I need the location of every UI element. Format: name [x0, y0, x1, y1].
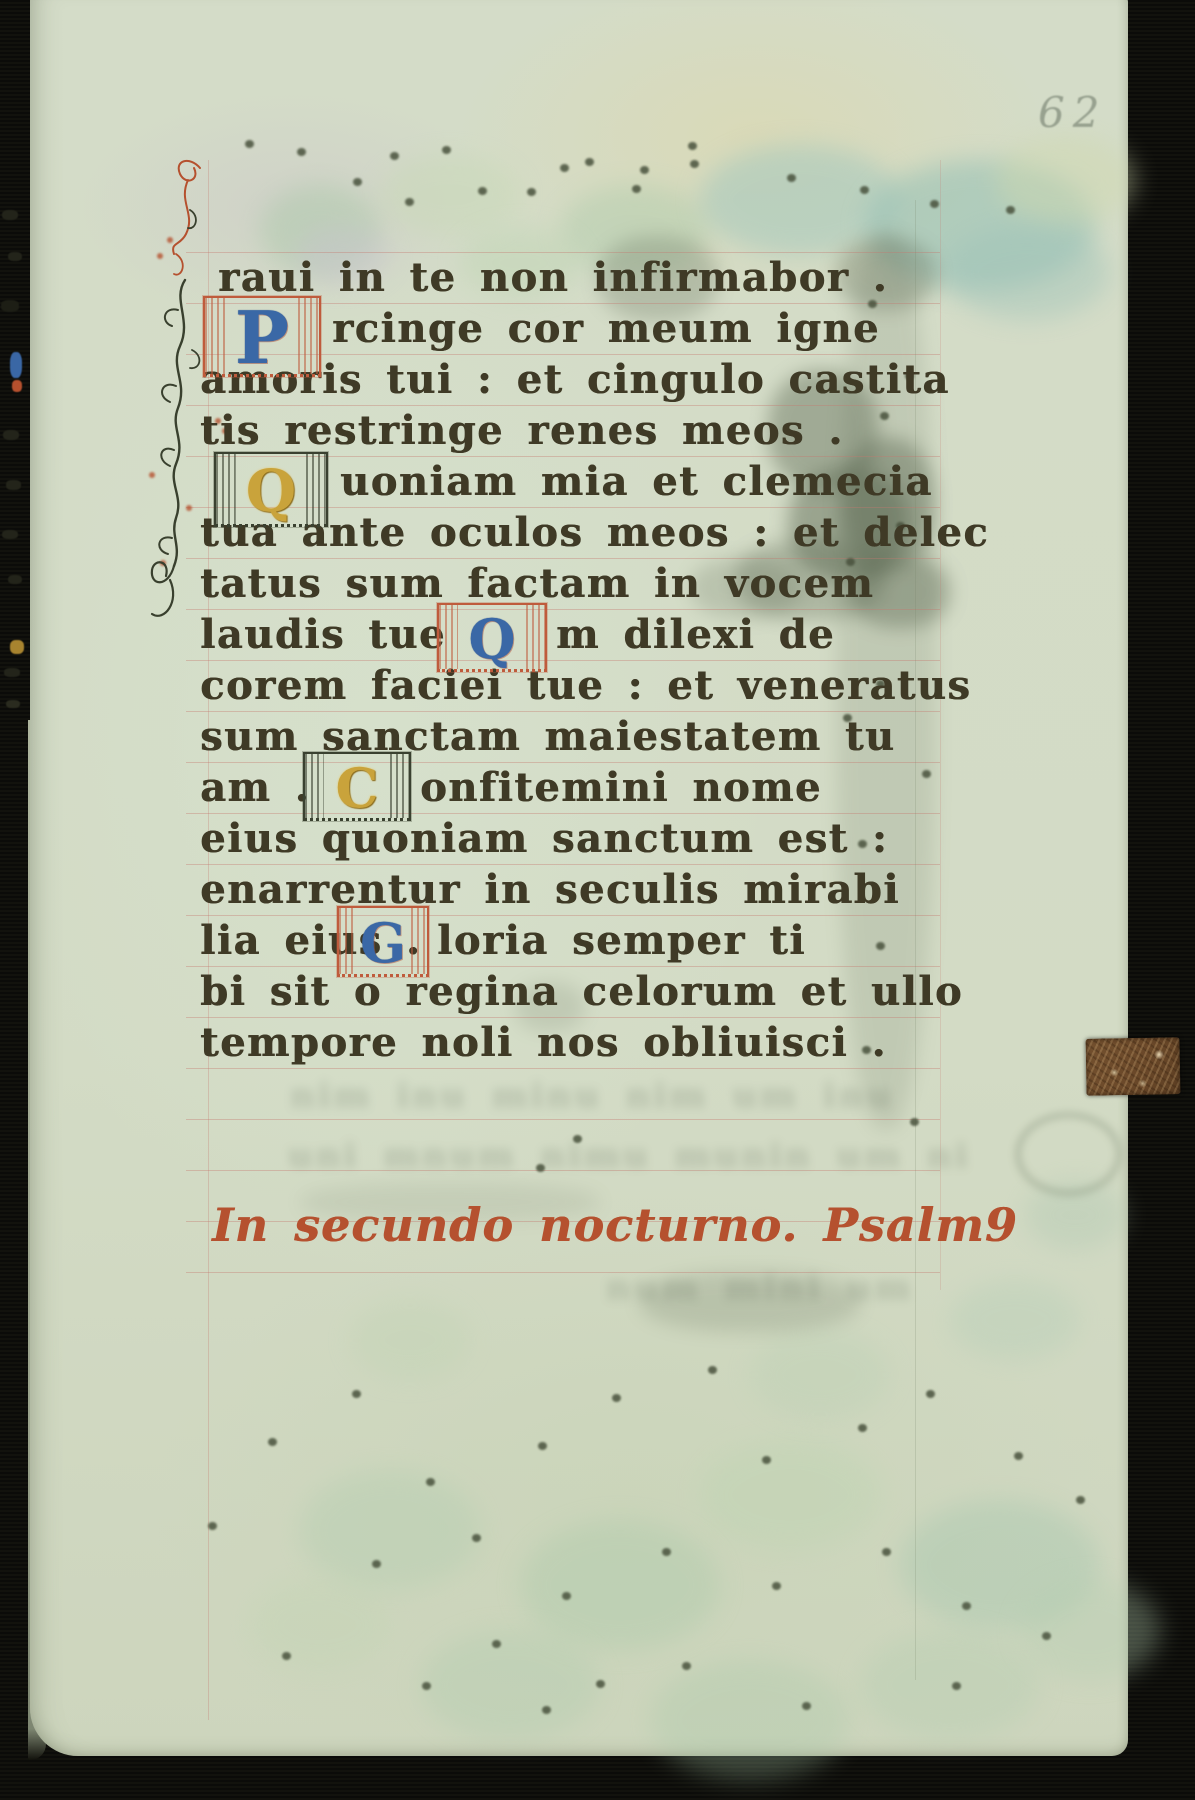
facing-page-edge	[0, 0, 30, 1800]
ruled-lines	[186, 252, 940, 1290]
rubric-line: In secundo nocturno. Psalm9	[212, 1198, 1018, 1252]
manuscript-photo: raui in te non infirmabor .rcinge cor me…	[0, 0, 1195, 1800]
margin-penwork-flourish	[130, 150, 260, 630]
right-ruling-line	[940, 160, 941, 1290]
leather-bookmark-tab[interactable]	[1086, 1037, 1181, 1096]
parchment-crease	[915, 200, 916, 1680]
folio-number: 62	[1038, 88, 1107, 137]
ghost-ring-mark	[1015, 1112, 1122, 1196]
